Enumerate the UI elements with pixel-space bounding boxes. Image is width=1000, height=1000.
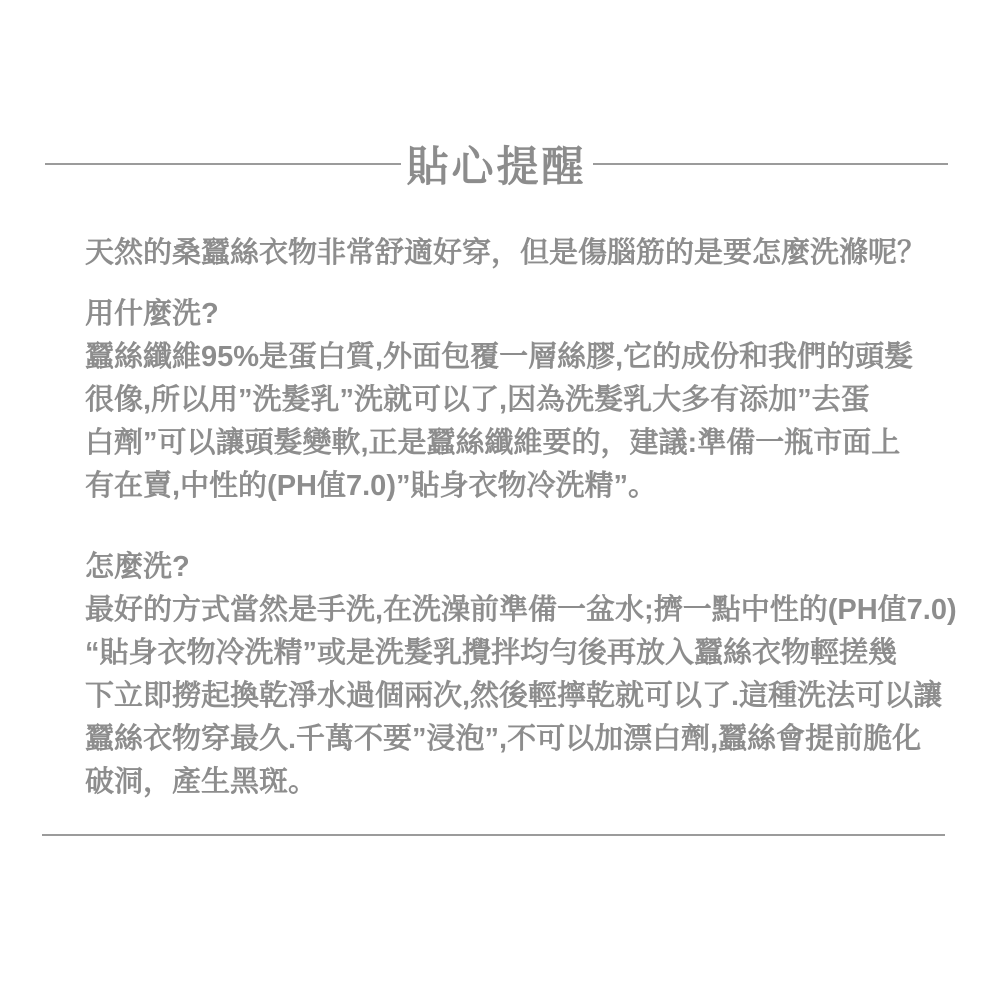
body-line: 很像,所以用”洗髮乳”洗就可以了,因為洗髮乳大多有添加”去蛋 bbox=[85, 379, 970, 422]
section-body: 最好的方式當然是手洗,在洗澡前準備一盆水;擠一點中性的(PH值7.0) “貼身衣… bbox=[85, 589, 970, 804]
title-row: 貼心提醒 bbox=[45, 140, 948, 188]
title-rule-left bbox=[45, 163, 401, 165]
section-how-to-wash: 怎麼洗? 最好的方式當然是手洗,在洗澡前準備一盆水;擠一點中性的(PH值7.0)… bbox=[85, 546, 970, 804]
section-heading: 用什麼洗? bbox=[85, 293, 970, 336]
body-line: 下立即撈起換乾淨水過個兩次,然後輕擰乾就可以了.這種洗法可以讓 bbox=[85, 675, 970, 718]
section-heading: 怎麼洗? bbox=[85, 546, 970, 589]
title-rule-right bbox=[593, 163, 949, 165]
body-line: 有在賣,中性的(PH值7.0)”貼身衣物冷洗精”。 bbox=[85, 465, 970, 508]
section-what-to-wash-with: 用什麼洗? 蠶絲纖維95%是蛋白質,外面包覆一層絲膠,它的成份和我們的頭髮 很像… bbox=[85, 293, 970, 508]
body-line: 白劑”可以讓頭髮變軟,正是蠶絲纖維要的，建議:準備一瓶市面上 bbox=[85, 422, 970, 465]
body-line: 最好的方式當然是手洗,在洗澡前準備一盆水;擠一點中性的(PH值7.0) bbox=[85, 589, 970, 632]
bottom-divider bbox=[42, 834, 945, 836]
body-line: 蠶絲纖維95%是蛋白質,外面包覆一層絲膠,它的成份和我們的頭髮 bbox=[85, 336, 970, 379]
body-line: “貼身衣物冷洗精”或是洗髮乳攪拌均勻後再放入蠶絲衣物輕搓幾 bbox=[85, 632, 970, 675]
care-instructions-page: 貼心提醒 天然的桑蠶絲衣物非常舒適好穿，但是傷腦筋的是要怎麼洗滌呢？ 用什麼洗?… bbox=[0, 0, 1000, 1000]
body-line: 破洞，產生黑斑。 bbox=[85, 761, 970, 804]
section-body: 蠶絲纖維95%是蛋白質,外面包覆一層絲膠,它的成份和我們的頭髮 很像,所以用”洗… bbox=[85, 336, 970, 508]
intro-paragraph: 天然的桑蠶絲衣物非常舒適好穿，但是傷腦筋的是要怎麼洗滌呢？ bbox=[85, 232, 960, 275]
page-title: 貼心提醒 bbox=[401, 134, 593, 194]
body-line: 蠶絲衣物穿最久.千萬不要”浸泡”,不可以加漂白劑,蠶絲會提前脆化 bbox=[85, 718, 970, 761]
